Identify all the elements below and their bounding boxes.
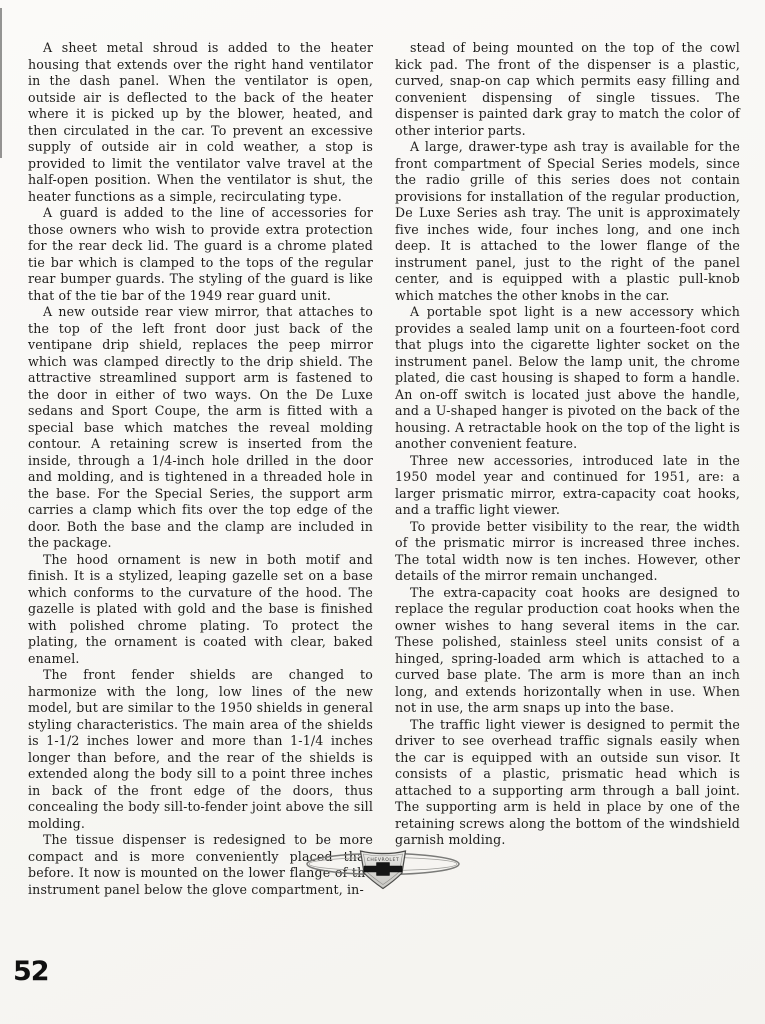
two-column-text: A sheet metal shroud is added to the hea… (28, 40, 740, 898)
paragraph: A large, drawer-type ash tray is availab… (395, 139, 740, 304)
paragraph: The hood ornament is new in both motif a… (28, 552, 373, 668)
scan-edge-artifact (0, 8, 2, 158)
scanned-document-page: A sheet metal shroud is added to the hea… (0, 0, 765, 1024)
paragraph: The traffic light viewer is designed to … (395, 717, 740, 849)
paragraph: Three new accessories, introduced late i… (395, 453, 740, 519)
column-left: A sheet metal shroud is added to the hea… (28, 40, 373, 898)
paragraph: The front fender shields are changed to … (28, 667, 373, 832)
page-number: 52 (13, 956, 49, 987)
paragraph: stead of being mounted on the top of the… (395, 40, 740, 139)
paragraph: A guard is added to the line of accessor… (28, 205, 373, 304)
paragraph: A new outside rear view mirror, that att… (28, 304, 373, 552)
column-right: stead of being mounted on the top of the… (395, 40, 740, 898)
paragraph: A portable spot light is a new accessory… (395, 304, 740, 453)
chevrolet-emblem-graphic: CHEVROLET (303, 841, 463, 893)
chevrolet-emblem: CHEVROLET (303, 841, 463, 893)
paragraph: The extra-capacity coat hooks are design… (395, 585, 740, 717)
paragraph: A sheet metal shroud is added to the hea… (28, 40, 373, 205)
chevrolet-wordmark: CHEVROLET (367, 857, 400, 863)
paragraph: To provide better visibility to the rear… (395, 519, 740, 585)
